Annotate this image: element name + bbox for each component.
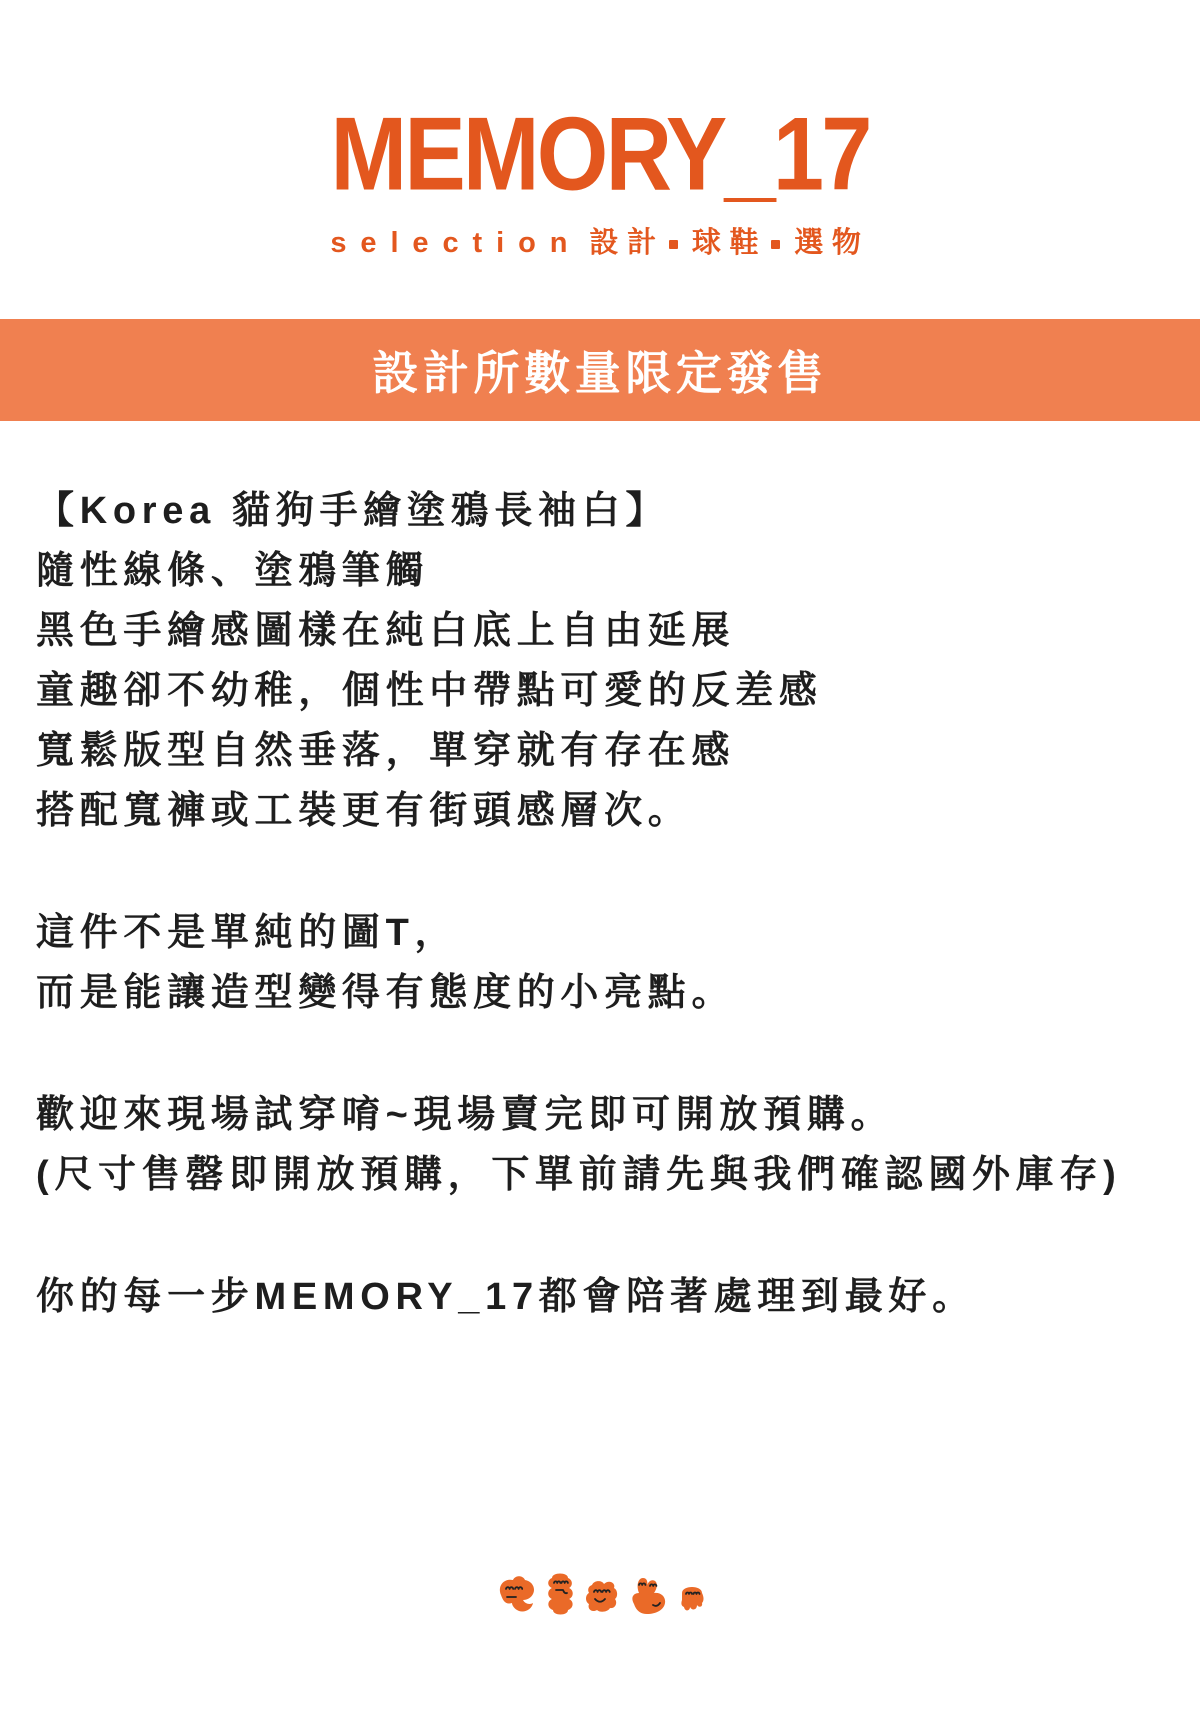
text-line: 童趣卻不幼稚，個性中帶點可愛的反差感 — [36, 661, 1164, 721]
text-line: 而是能讓造型變得有態度的小亮點。 — [36, 963, 1164, 1023]
highlight-paragraph: 這件不是單純的圖T， 而是能讓造型變得有態度的小亮點。 — [36, 903, 1164, 1023]
separator-dot — [669, 240, 678, 249]
square-blob-icon — [586, 1581, 617, 1612]
text-line: 搭配寬褲或工裝更有街頭感層次。 — [36, 781, 1164, 841]
text-line: 歡迎來現場試穿唷~現場賣完即可開放預購。 — [36, 1085, 1164, 1145]
text-line: 黑色手繪感圖樣在純白底上自由延展 — [36, 601, 1164, 661]
subtitle-word-select: 選物 — [794, 227, 869, 259]
preorder-paragraph: 歡迎來現場試穿唷~現場賣完即可開放預購。 (尺寸售罄即開放預購，下單前請先與我們… — [36, 1085, 1164, 1205]
brand-header: MEMORY_17 selection 設計球鞋選物 — [0, 0, 1200, 261]
subtitle-word-sneakers: 球鞋 — [692, 227, 767, 259]
mascot-row — [0, 1570, 1200, 1625]
text-line: 寬鬆版型自然垂落，單穿就有存在感 — [36, 721, 1164, 781]
product-title-line: 【Korea 貓狗手繪塗鴉長袖白】 — [36, 481, 1164, 541]
text-line: (尺寸售罄即開放預購，下單前請先與我們確認國外庫存) — [36, 1145, 1164, 1205]
subtitle-selection-text: selection — [330, 227, 581, 259]
separator-dot — [771, 240, 780, 249]
banner-title: 設計所數量限定發售 — [372, 337, 827, 403]
mascot-blobs-illustration — [494, 1570, 706, 1620]
text-line: 你的每一步MEMORY_17都會陪著處理到最好。 — [36, 1267, 1164, 1327]
stack-blob-icon — [548, 1574, 573, 1615]
subtitle-word-design: 設計 — [589, 227, 664, 259]
wing-blob-icon — [500, 1576, 534, 1611]
closing-paragraph: 你的每一步MEMORY_17都會陪著處理到最好。 — [36, 1267, 1164, 1327]
brand-subtitle: selection 設計球鞋選物 — [0, 220, 1200, 261]
text-line: 隨性線條、塗鴉筆觸 — [36, 541, 1164, 601]
duck-blob-icon — [632, 1578, 665, 1614]
ghost-blob-icon — [681, 1587, 703, 1610]
brand-logo: MEMORY_17 — [0, 102, 1200, 202]
promo-flyer: MEMORY_17 selection 設計球鞋選物 設計所數量限定發售 【Ko… — [0, 0, 1200, 1734]
intro-paragraph: 【Korea 貓狗手繪塗鴉長袖白】 隨性線條、塗鴉筆觸 黑色手繪感圖樣在純白底上… — [36, 481, 1164, 841]
text-line: 這件不是單純的圖T， — [36, 903, 1164, 963]
limited-release-banner: 設計所數量限定發售 — [0, 319, 1200, 421]
product-description: 【Korea 貓狗手繪塗鴉長袖白】 隨性線條、塗鴉筆觸 黑色手繪感圖樣在純白底上… — [0, 421, 1200, 1327]
brand-logo-wordmark: MEMORY_17 — [330, 102, 869, 206]
